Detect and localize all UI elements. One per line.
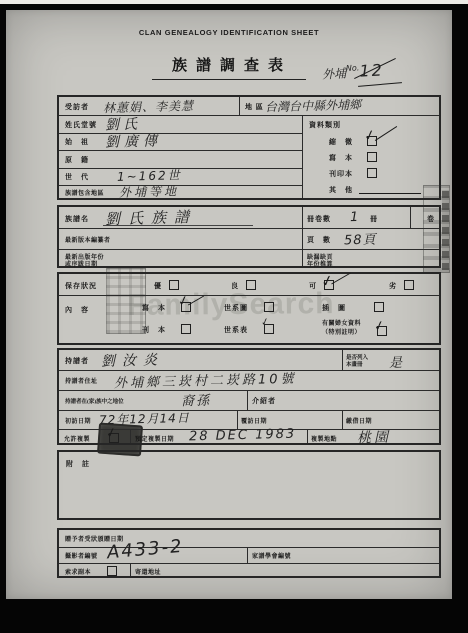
copy-date-value: 28 DEC 1983 <box>189 427 297 445</box>
check-stroke <box>375 126 397 141</box>
genealogy-name-label: 族譜名 <box>65 214 89 224</box>
volumes-value: 1 <box>350 210 359 225</box>
holder-value: 劉汝炎 <box>101 349 165 371</box>
condition-fair-label: 可 <box>309 281 317 291</box>
serial-underline <box>358 82 402 87</box>
grid-line <box>247 547 248 563</box>
grid-line <box>59 563 439 564</box>
condition-table: 保存狀況 優 良 可 ✓ 劣 內 容 寫 本 ✓ 刊 本 世系圖 世系表 ✓ 插… <box>57 272 441 345</box>
society-no-label: 家譜學會編號 <box>252 551 291 560</box>
holder-label: 持譜者 <box>65 356 89 366</box>
generations-label: 世 代 <box>65 172 89 182</box>
material-option-microfilm-check: ✓ <box>362 127 377 145</box>
condition-poor-checkbox <box>404 280 414 290</box>
content-printed-checkbox <box>181 324 191 334</box>
grid-line <box>59 185 302 186</box>
grid-line <box>59 150 302 151</box>
introducer-label: 介紹者 <box>252 396 276 406</box>
holder-table: 持譜者 劉汝炎 是否列入 本畫冊 是 持譜者住址 外埔鄉三崁村二崁路10號 持譜… <box>57 348 441 445</box>
copy-request-label: 索求副本 <box>65 567 91 576</box>
first-ancestor-value: 劉廣傳 <box>105 130 163 151</box>
grid-line <box>239 97 240 115</box>
coverage-label: 族譜包含地區 <box>65 188 104 197</box>
region-label: 地 區 <box>245 102 264 112</box>
material-option-printed-checkbox <box>367 168 377 178</box>
check-stroke <box>331 273 351 285</box>
condition-good-checkbox <box>246 280 256 290</box>
condition-label: 保存狀況 <box>65 281 97 291</box>
coverage-value: 外埔等地 <box>119 182 179 201</box>
grid-line <box>342 350 343 370</box>
content-illustration-checkbox <box>374 302 384 312</box>
title-table: 族譜名 劉氏族譜 冊卷數 1 冊 卷 最新版本編纂者 頁 數 58頁 最新出版年… <box>57 205 441 268</box>
missing-label-line2: 年份推算 <box>307 259 333 268</box>
grid-line <box>302 115 303 198</box>
check-stroke <box>188 296 204 306</box>
women-data-label-line2: （特別註明） <box>322 327 361 336</box>
material-option-manuscript-checkbox <box>367 152 377 162</box>
condition-good-label: 良 <box>231 281 239 291</box>
grid-line <box>302 207 303 266</box>
holder-address-label: 持譜者住址 <box>65 376 98 385</box>
form-page: FamilySearch CLAN GENEALOGY IDENTIFICATI… <box>6 10 452 599</box>
women-data-check: ✓ <box>372 318 386 335</box>
grid-line <box>237 410 238 429</box>
notes-label: 附 註 <box>66 459 90 469</box>
grid-line <box>59 133 302 134</box>
chinese-title-text: 族譜調查表 <box>152 54 306 80</box>
scanned-sheet: { "page": {"bg": "#c8c7c2", "ink": "#1c1… <box>0 0 468 633</box>
scan-edge-strip <box>0 0 468 4</box>
compiler-label: 最新版本編纂者 <box>65 235 111 244</box>
content-label: 內 容 <box>65 305 89 315</box>
notes-table: 附 註 <box>57 450 441 520</box>
revisit-label: 覆訪日期 <box>241 416 267 425</box>
other-blank-line <box>359 193 421 194</box>
content-table-check: ✓ <box>260 316 271 329</box>
admin-table: 贈予者受狀頒贈日期 攝影者編號 A433-2 家譜學會編號 索求副本 寄還地址 <box>57 528 441 578</box>
listed-value: 是 <box>389 352 403 371</box>
grid-line <box>342 410 343 429</box>
content-manuscript-label: 寫 本 <box>142 303 166 313</box>
loan-date-label: 繳借日期 <box>346 416 372 425</box>
copy-request-checkbox <box>107 566 117 576</box>
photographer-no-label: 攝影者編號 <box>65 551 98 560</box>
women-data-label-line1: 有關婦女資料 <box>322 318 361 327</box>
content-table-label: 世系表 <box>224 325 248 335</box>
holder-position-label: 持譜者在(家)族中之地位 <box>65 397 124 405</box>
content-chart-checkbox <box>264 302 274 312</box>
surname-hall-label: 姓氏堂號 <box>65 120 97 130</box>
chinese-title: 族譜調查表 <box>6 54 452 80</box>
basic-info-table: 受訪者 林蕙娟、李美慧 地 區 台灣台中縣外埔鄉 姓氏堂號 劉氏 始 祖 劉廣傳… <box>57 95 441 200</box>
pubyear-label-line2: 或序跋日期 <box>65 259 98 268</box>
grid-line <box>59 249 439 250</box>
condition-poor-label: 劣 <box>389 281 397 291</box>
region-value: 台灣台中縣外埔鄉 <box>265 96 361 116</box>
dark-stamp-right-edge <box>442 190 449 270</box>
return-address-label: 寄還地址 <box>135 567 161 576</box>
first-ancestor-label: 始 祖 <box>65 137 89 147</box>
serial-annotation: 外埔No.12 <box>322 60 385 82</box>
permission-label: 允許複製 <box>64 434 90 443</box>
content-printed-label: 刊 本 <box>142 325 166 335</box>
condition-excellent-label: 優 <box>154 281 162 291</box>
grid-line <box>59 295 439 296</box>
first-visit-label: 初訪日期 <box>65 416 91 425</box>
material-option-manuscript-label: 寫 本 <box>329 153 353 163</box>
grid-line <box>410 207 411 228</box>
content-illustration-label: 插 圖 <box>322 303 346 313</box>
grid-line <box>130 429 131 443</box>
grid-line <box>307 429 308 443</box>
content-chart-label: 世系圖 <box>224 303 248 313</box>
serial-sup: No. <box>346 63 360 73</box>
origin-label: 原 籍 <box>65 155 89 165</box>
material-option-microfilm-label: 縮 微 <box>329 137 353 147</box>
listed-label-line2: 本畫冊 <box>346 360 363 368</box>
grid-line <box>130 563 131 576</box>
copy-date-label: 預定複製日期 <box>135 434 174 443</box>
pages-label: 頁 數 <box>307 235 331 245</box>
volumes-label: 冊卷數 <box>307 214 331 224</box>
volume-unit: 冊 <box>370 214 378 224</box>
pages-value: 58頁 <box>344 229 377 249</box>
english-title: CLAN GENEALOGY IDENTIFICATION SHEET <box>6 28 452 37</box>
condition-excellent-checkbox <box>169 280 179 290</box>
scroll-unit: 卷 <box>427 214 435 224</box>
material-option-printed-label: 刊印本 <box>329 169 353 179</box>
holder-address-value: 外埔鄉三崁村二崁路10號 <box>114 368 297 392</box>
material-category-label: 資料類別 <box>309 120 341 130</box>
interviewee-label: 受訪者 <box>65 102 89 112</box>
copy-place-value: 桃園 <box>357 427 392 448</box>
grid-line <box>247 390 248 410</box>
copy-place-label: 複製地點 <box>311 434 337 443</box>
name-rule <box>103 225 253 226</box>
material-option-other-label: 其 他 <box>329 185 353 195</box>
holder-position-value: 裔孫 <box>181 390 212 410</box>
serial-prefix: 外埔 <box>322 66 347 81</box>
